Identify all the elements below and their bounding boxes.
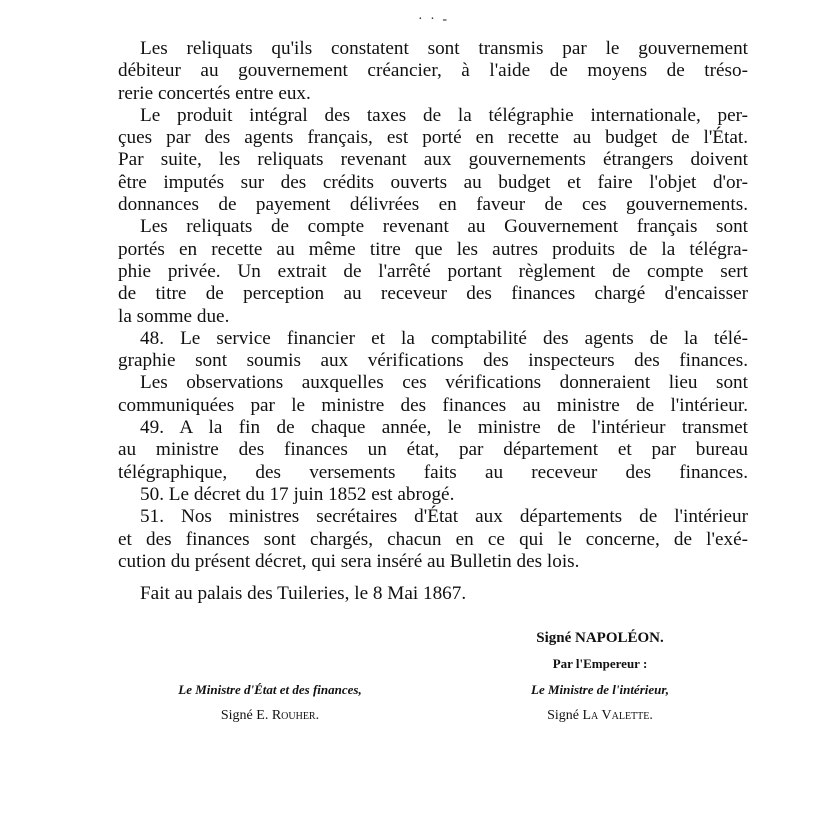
text-line: Par suite, les reliquats revenant aux go… [118, 149, 748, 171]
minister-finance-signature: Signé E. Rouher. [140, 703, 400, 729]
text-line: portés en recette au même titre que les … [118, 239, 748, 261]
text-line: phie privée. Un extrait de l'arrêté port… [118, 261, 748, 283]
text-line: Le produit intégral des taxes de la télé… [118, 105, 748, 127]
text-line: au ministre des finances un état, par dé… [118, 439, 748, 461]
closing-date-line: Fait au palais des Tuileries, le 8 Mai 1… [140, 583, 466, 605]
par-empereur-label: Par l'Empereur : [490, 651, 710, 677]
text-line: donnances de payement délivrées en faveu… [118, 194, 748, 216]
text-line: Les observations auxquelles ces vérifica… [118, 372, 748, 394]
signed-prefix: Signé [547, 708, 582, 723]
text-line: Les reliquats de compte revenant au Gouv… [118, 216, 748, 238]
text-line: Les reliquats qu'ils constatent sont tra… [118, 38, 748, 60]
text-line: communiquées par le ministre des finance… [118, 395, 748, 417]
minister-interior-title: Le Ministre de l'intérieur, [490, 677, 710, 703]
text-line: et des finances sont chargés, chacun en … [118, 529, 748, 551]
signatory-name: E. Rouher. [256, 708, 319, 723]
text-line: cution du présent décret, qui sera insér… [118, 551, 748, 573]
signatory-name: La Valette. [582, 708, 652, 723]
article-51-line: 51. Nos ministres secrétaires d'État aux… [118, 506, 748, 528]
decree-body-text: Les reliquats qu'ils constatent sont tra… [118, 38, 748, 573]
text-line: de titre de perception au receveur des f… [118, 283, 748, 305]
signature-block-left: Le Ministre d'État et des finances, Sign… [140, 677, 400, 729]
text-line: çues par des agents français, est porté … [118, 127, 748, 149]
text-line: télégraphique, des versements faits au r… [118, 462, 748, 484]
signature-block-right: Signé NAPOLÉON. Par l'Empereur : Le Mini… [490, 625, 710, 729]
text-line: graphie sont soumis aux vérifications de… [118, 350, 748, 372]
minister-finance-title: Le Ministre d'État et des finances, [140, 677, 400, 703]
text-line: rerie concertés entre eux. [118, 83, 748, 105]
minister-interior-signature: Signé La Valette. [490, 703, 710, 729]
text-line: la somme due. [118, 306, 748, 328]
article-49-line: 49. A la fin de chaque année, le ministr… [118, 417, 748, 439]
text-line: débiteur au gouvernement créancier, à l'… [118, 60, 748, 82]
text-line: être imputés sur des crédits ouverts au … [118, 172, 748, 194]
signed-prefix: Signé [221, 708, 256, 723]
article-48-line: 48. Le service financier et la comptabil… [118, 328, 748, 350]
emperor-signature: Signé NAPOLÉON. [490, 625, 710, 651]
page-number-mark: · · - [418, 12, 449, 28]
article-50-line: 50. Le décret du 17 juin 1852 est abrogé… [118, 484, 748, 506]
